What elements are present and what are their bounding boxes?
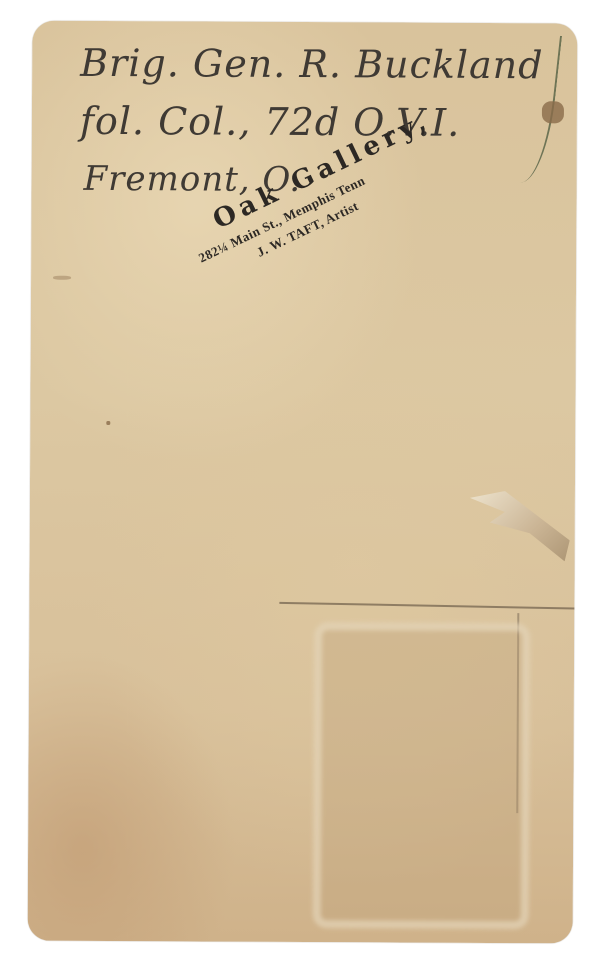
photo-card-back: Brig. Gen. R. Buckland fol. Col., 72d O.…: [28, 21, 578, 944]
water-stain: [313, 622, 531, 929]
stain-spot: [106, 421, 110, 425]
stain-spot: [542, 101, 564, 123]
torn-corner: [470, 491, 570, 562]
inscription-line-1: Brig. Gen. R. Buckland: [80, 41, 544, 87]
crease-horizontal: [279, 602, 574, 610]
stain-spot: [53, 276, 71, 280]
